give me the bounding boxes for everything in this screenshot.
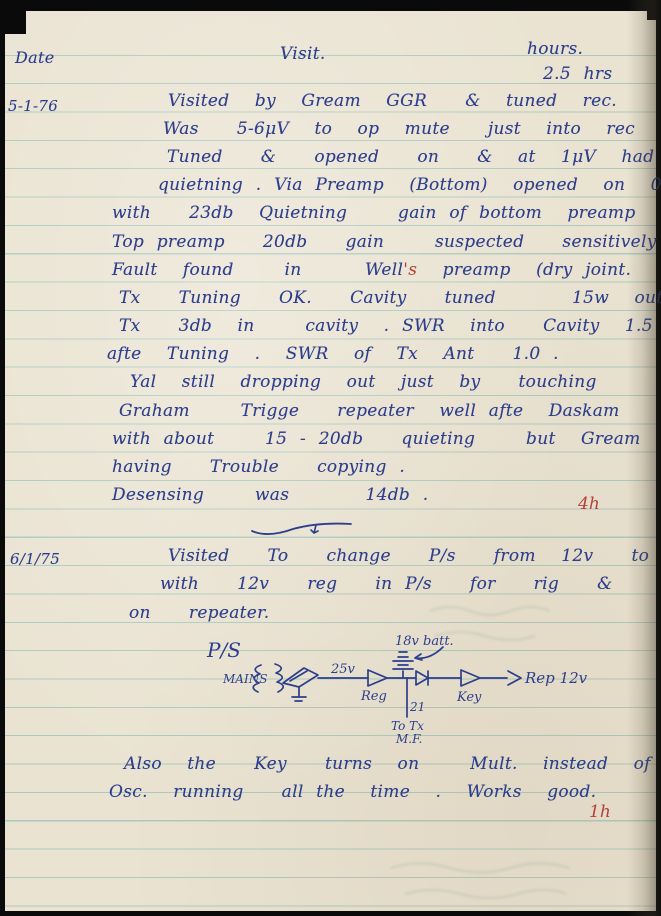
fault-red-s: 's — [403, 260, 417, 280]
diagram-title: P/S — [206, 638, 241, 662]
notebook-page: Date Visit. hours. 2.5 hrs 5-1-76 Visite… — [5, 11, 656, 911]
log-line: Graham Trigge repeater well afte Daskam — [119, 401, 620, 421]
diagram-totx-label: To Tx — [391, 719, 424, 733]
entry-hours-red-note: 4h — [578, 494, 600, 514]
bleedthrough-smudge — [385, 856, 635, 911]
hours-column-label: hours. — [527, 39, 583, 59]
diagram-reg-label: Reg — [360, 689, 387, 704]
diagram-battery-label: 18v batt. — [395, 634, 454, 649]
log-line: Tx Tuning OK. Cavity tuned 15w out of — [119, 288, 661, 308]
visit-column-label: Visit. — [280, 44, 326, 64]
log-line: Tuned & opened on & at 1μV had 6db — [167, 147, 661, 167]
log-line: with about 15 - 20db quieting but Gream — [112, 429, 641, 449]
log-line: on repeater. — [129, 603, 269, 623]
entry-date: 5-1-76 — [8, 96, 58, 116]
power-supply-diagram: P/S MAINS 25v Reg 18v batt. 21 To Tx M.F… — [195, 631, 595, 761]
hours-total: 2.5 hrs — [543, 64, 612, 84]
log-line: Also the Key turns on Mult. instead of O… — [124, 754, 661, 774]
fault-pre: Fault found in Well — [112, 260, 403, 280]
log-line: with 23db Quietning gain of bottom pream… — [112, 203, 661, 223]
log-line: Yal still dropping out just by touching — [130, 372, 597, 392]
log-line: with 12v reg in P/s for rig & M.F. incl — [160, 574, 661, 594]
photo-border-corner — [647, 0, 661, 20]
log-line: quietning . Via Preamp (Bottom) opened o… — [158, 175, 661, 195]
date-column-label: Date — [15, 48, 54, 68]
log-line: Osc. running all the time . Works good. — [109, 782, 596, 802]
log-line: Visited by Gream GGR & tuned rec. — [168, 91, 617, 111]
diagram-mains-label: MAINS — [222, 672, 267, 686]
underline-swoosh — [248, 511, 358, 541]
log-line: afte Tuning . SWR of Tx Ant 1.0 . — [107, 344, 559, 364]
fault-post: preamp (dry joint. — [417, 260, 631, 280]
log-line: Tx 3db in cavity . SWR into Cavity 1.5 — [119, 316, 653, 336]
log-line: Top preamp 20db gain suspected sensitive… — [112, 232, 661, 252]
photo-frame: Date Visit. hours. 2.5 hrs 5-1-76 Visite… — [0, 0, 661, 916]
diagram-tap-label: 21 — [409, 700, 425, 714]
entry-hours-red-note: 1h — [589, 802, 611, 822]
diagram-output-label: Rep 12v — [524, 669, 588, 687]
log-line: Visited To change P/s from 12v to 18v Ra… — [168, 546, 661, 566]
photo-border-corner — [0, 0, 26, 34]
diagram-mf-label: M.F. — [395, 732, 422, 746]
diagram-volts-label: 25v — [330, 662, 356, 677]
entry-date: 6/1/75 — [10, 549, 60, 569]
log-line: Was 5-6μV to op mute just into rec — [163, 119, 635, 139]
log-line: having Trouble copying . — [112, 457, 405, 477]
diagram-key-label: Key — [456, 690, 482, 705]
log-line: Desensing was 14db . — [112, 485, 428, 505]
log-line-fault: Fault found in Well's preamp (dry joint. — [112, 260, 631, 280]
